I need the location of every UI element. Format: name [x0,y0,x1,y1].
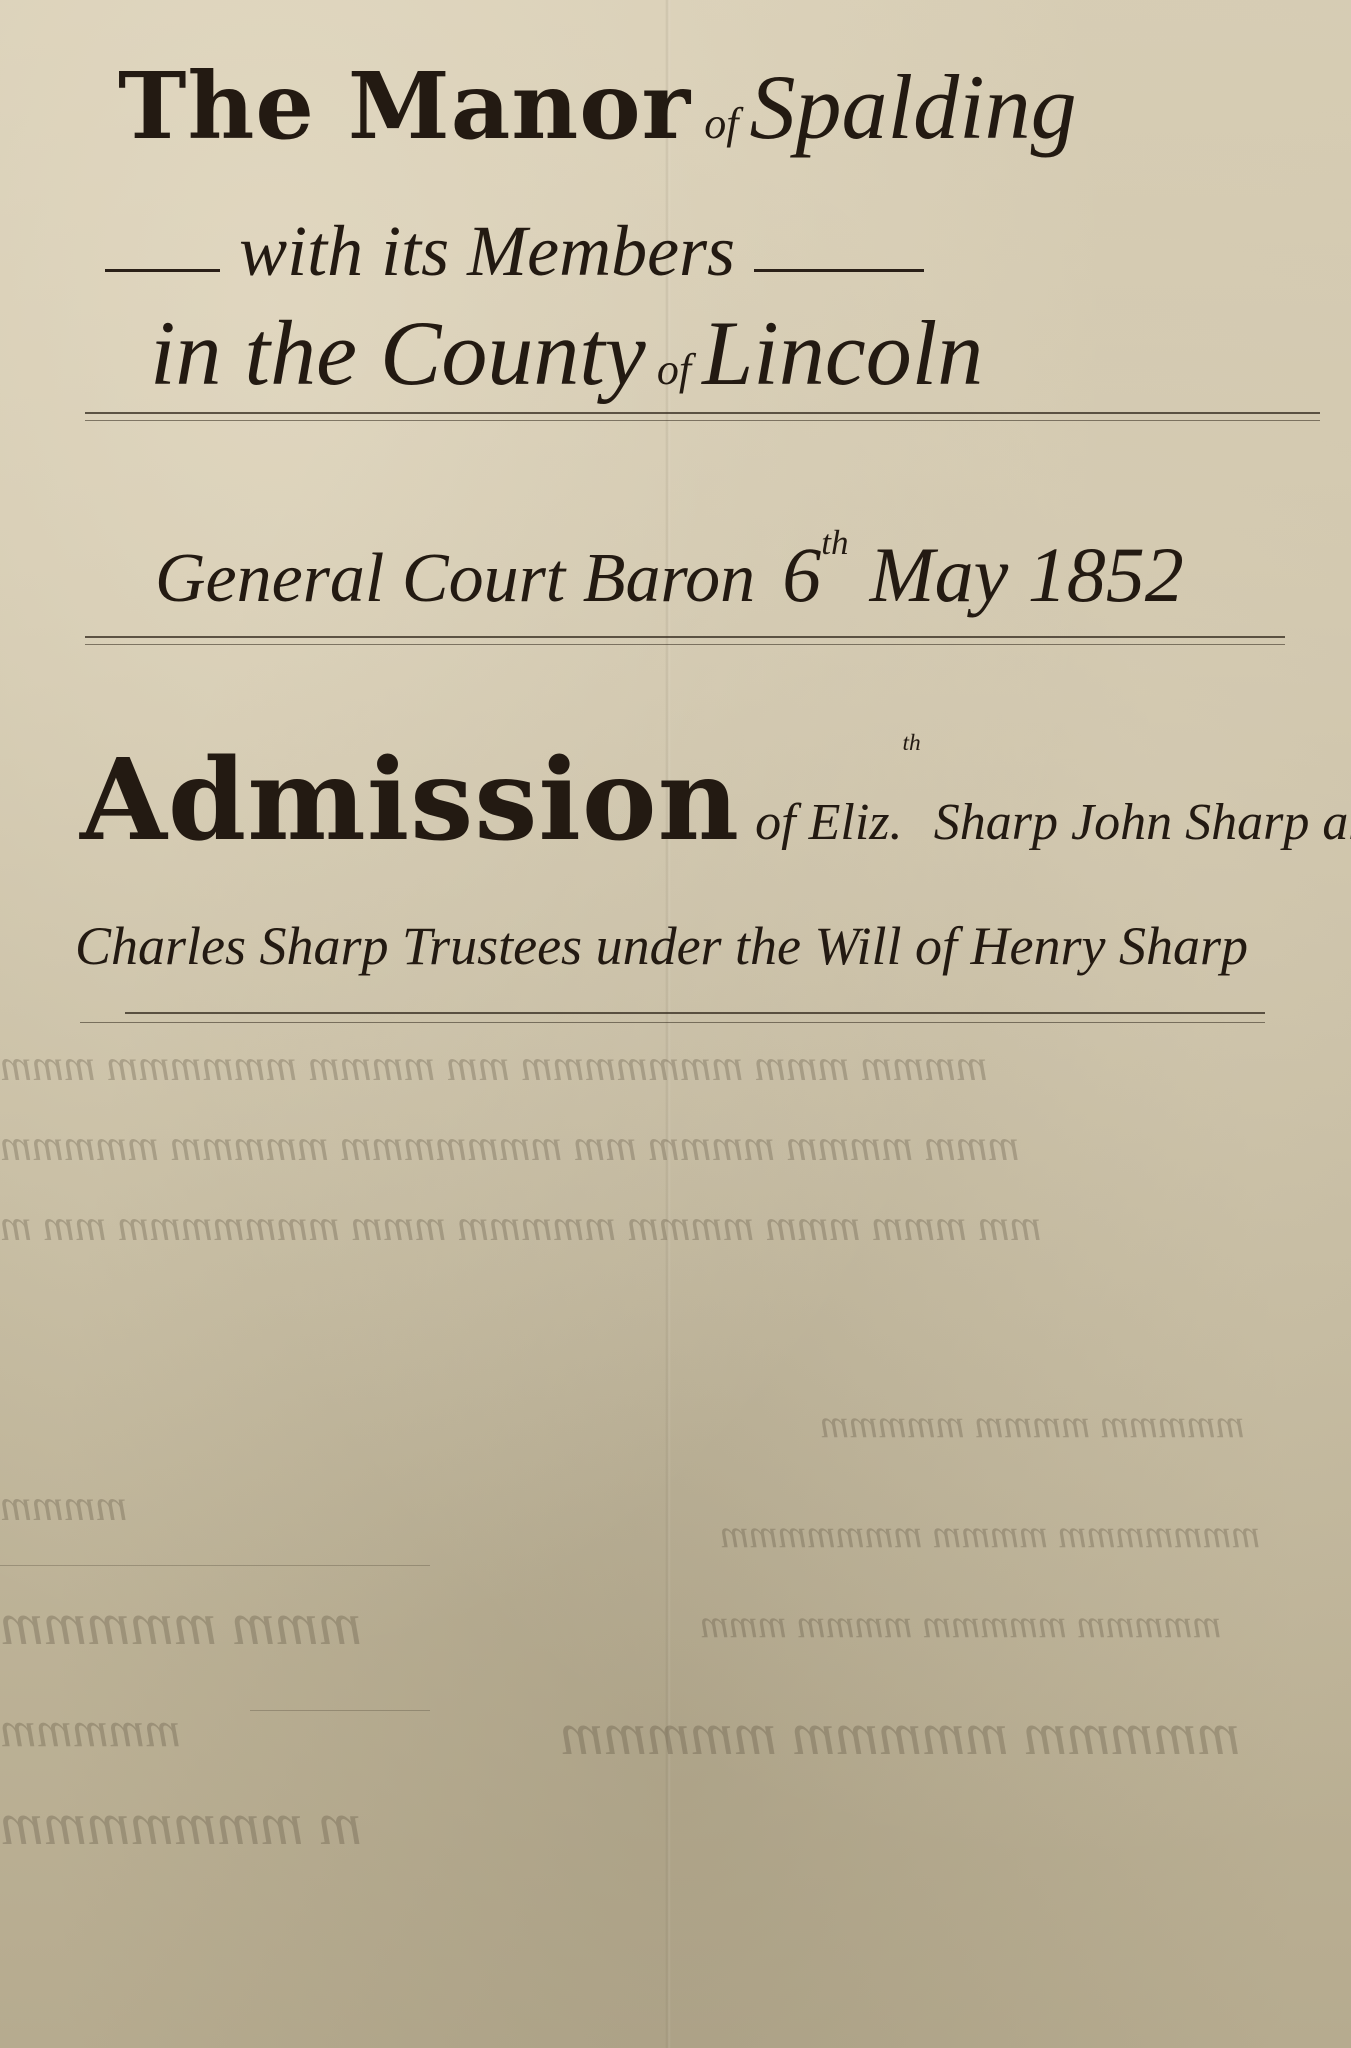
bleed-through-line: mmmmm mmmmm mmmm mmm [700,1600,1221,1647]
admission-names-2: Charles Sharp Trustees under the Will of… [75,916,1248,976]
bleed-through-line: mmmmm mmmm mmmmm [820,1400,1244,1447]
heading-of: of [704,99,738,148]
heading-manor: The Manor [118,52,691,160]
heading-county-of: of [657,345,691,394]
admission-eliz-suffix: th [903,730,921,756]
court-line: General Court Baron 6th May 1852 [155,530,1184,620]
heading-county-name: Lincoln [702,302,983,404]
heading-county-prefix: in the County [150,302,646,404]
divider-rule-1b [85,420,1320,421]
heading-line-2: with its Members [105,210,924,293]
heading-members: with its Members [239,211,735,291]
admission-line-2: Charles Sharp Trustees under the Will of… [75,915,1248,977]
bleed-through-line: mmmm mmm mmmmmmm mm mmmm mmmmmm mmm [0,1040,988,1091]
admission-names-1: Sharp John Sharp and [934,794,1351,851]
admission-title: Admission [80,735,740,866]
admission-line-1: Admission of Eliz.th Sharp John Sharp an… [80,735,1351,866]
bleed-through-line: mmmmm [0,1700,181,1758]
court-day-suffix: th [821,523,848,562]
admission-of-eliz-text: of Eliz. [755,794,902,851]
court-day-number: 6 [782,531,821,618]
divider-rule-1 [85,412,1320,414]
bleed-through-line: mmm mmmm mmmm mm mmmmmmm mmmmm mmmmm [0,1120,1019,1171]
bleed-through-line: m mmmmmmm [0,1790,362,1859]
divider-rule-3b [80,1022,1265,1023]
left-flourish-dash [105,269,220,272]
divider-rule-2 [85,636,1285,638]
bleed-through-line: mmmm [0,1480,127,1531]
divider-rule-2b [85,644,1285,645]
bleed-through-line: mmmmmmm mmmm mmmmmmm [720,1510,1260,1557]
court-label: General Court Baron [155,540,755,617]
heading-line-3: in the County of Lincoln [150,300,983,406]
bleed-through-line: mmm mmmmm [0,1590,362,1659]
court-day: 6th [782,531,848,618]
bleed-through-line: mm mmm mmm mmmm mmmmm mmm mmmmmmm mm m [0,1200,1041,1251]
document-sheet: The Manor of Spalding with its Members i… [0,0,1351,2048]
right-flourish-dash [754,269,924,272]
bleed-through-rule [0,1565,430,1566]
heading-place: Spalding [750,56,1077,158]
admission-of-eliz: of Eliz.th [755,794,921,851]
court-month-year: May 1852 [870,531,1184,618]
bleed-through-rule [250,1710,430,1711]
divider-rule-3 [125,1012,1265,1014]
heading-line-1: The Manor of Spalding [118,52,1077,160]
bleed-through-line: mmmmm mmmmm mmmmm [560,1700,1240,1769]
